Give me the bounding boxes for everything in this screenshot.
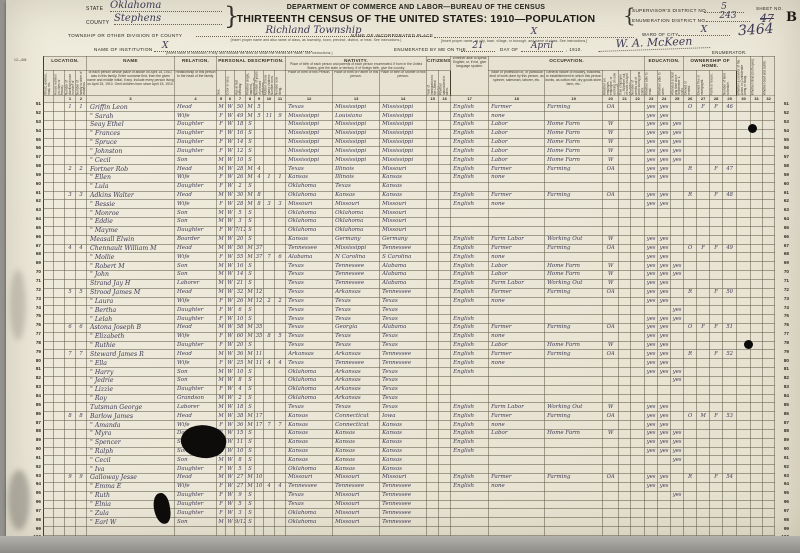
cell-cls — [603, 465, 619, 474]
cell-age: 28 — [235, 165, 246, 174]
table-row: 88Barlow JamesHeadMW38M17KansasConnectic… — [44, 412, 775, 421]
cell-name: " Emma E — [87, 482, 175, 491]
cell-street — [44, 244, 54, 253]
col-number-fs: 29 — [723, 96, 737, 103]
cell-bp: Texas — [286, 271, 333, 280]
cell-yrs: 4 — [255, 173, 264, 182]
cell-blind — [751, 447, 763, 456]
cell-deaf — [763, 103, 775, 112]
cell-mb: Missouri — [380, 474, 427, 483]
cell-color: W — [226, 200, 235, 209]
cell-sch: yes — [671, 262, 684, 271]
table-row: " EddieSonMW3SOklahomaOklahomaMissouri — [44, 218, 775, 227]
cell-sex: M — [217, 235, 226, 244]
cell-farm — [710, 421, 723, 430]
cell-mort — [697, 429, 710, 438]
cell-cb: 3 — [264, 200, 275, 209]
enumerated-label: Enumerated by me on the — [394, 47, 466, 52]
cell-fb: Texas — [333, 341, 380, 350]
cell-house — [54, 438, 65, 447]
cell-street — [44, 385, 54, 394]
cell-mort — [697, 288, 710, 297]
cell-imm — [427, 350, 439, 359]
cell-ow1 — [619, 518, 631, 527]
cell-nat — [439, 103, 451, 112]
cell-cls — [603, 421, 619, 430]
cell-ow1 — [619, 226, 631, 235]
cell-bp: Oklahoma — [286, 394, 333, 403]
cell-ind — [545, 500, 603, 509]
cell-mb: Tennessee — [380, 509, 427, 518]
cell-bp: Mississippi — [286, 129, 333, 138]
cell-imm — [427, 226, 439, 235]
cell-age: 16 — [235, 129, 246, 138]
cell-imm — [427, 182, 439, 191]
cell-mort — [697, 518, 710, 527]
cell-ind: Farming — [545, 244, 603, 253]
cell-mar: S — [246, 491, 255, 500]
cell-sex: F — [217, 200, 226, 209]
cell-fb: Connecticut — [333, 421, 380, 430]
cell-color: W — [226, 376, 235, 385]
cell-home — [684, 306, 697, 315]
cell-blind — [751, 518, 763, 527]
cell-ind: Working Out — [545, 279, 603, 288]
cell-cb — [264, 279, 275, 288]
cell-ow2 — [631, 112, 645, 121]
cell-imm — [427, 306, 439, 315]
cell-bp: Kansas — [286, 412, 333, 421]
cell-dw — [65, 297, 76, 306]
cell-sch: yes — [671, 438, 684, 447]
cell-deaf — [763, 447, 775, 456]
cell-ow2 — [631, 103, 645, 112]
cell-farm — [710, 262, 723, 271]
cell-sch: yes — [671, 156, 684, 165]
cell-rel: Head — [175, 412, 217, 421]
cell-eng: English — [451, 112, 489, 121]
cell-blind — [751, 112, 763, 121]
cell-age: 5 — [235, 209, 246, 218]
cell-ow1 — [619, 500, 631, 509]
cell-eng: English — [451, 332, 489, 341]
cell-imm — [427, 120, 439, 129]
cell-deaf — [763, 385, 775, 394]
cell-dw: 9 — [65, 474, 76, 483]
cell-nat — [439, 500, 451, 509]
cell-dw — [65, 368, 76, 377]
line-number: 88 — [29, 427, 41, 436]
cell-mort — [697, 359, 710, 368]
cell-home: O — [684, 244, 697, 253]
cell-fam — [76, 306, 87, 315]
cell-imm — [427, 235, 439, 244]
cell-fam: 7 — [76, 350, 87, 359]
cell-house — [54, 509, 65, 518]
cell-yrs — [255, 500, 264, 509]
cell-bp: Missouri — [286, 200, 333, 209]
cell-fs — [723, 491, 737, 500]
cell-fam — [76, 429, 87, 438]
cell-surv — [737, 182, 751, 191]
cell-cls — [603, 112, 619, 121]
cell-farm: F — [710, 244, 723, 253]
cell-mb: Missouri — [380, 200, 427, 209]
cell-mort: F — [697, 324, 710, 333]
col-number-rel: 4 — [175, 96, 217, 103]
line-number: 95 — [777, 489, 789, 498]
cell-fs: 48 — [723, 191, 737, 200]
cell-imm — [427, 156, 439, 165]
cell-home — [684, 429, 697, 438]
cell-read: yes — [645, 429, 658, 438]
cell-sch — [671, 235, 684, 244]
cell-cl: 2 — [275, 297, 286, 306]
cell-sex: M — [217, 271, 226, 280]
table-row: " LulaDaughterFW2SOklahomaTexasKansas — [44, 182, 775, 191]
cell-age — [235, 527, 246, 536]
cell-cl — [275, 156, 286, 165]
cell-house — [54, 156, 65, 165]
cell-rel: Daughter — [175, 147, 217, 156]
cell-home — [684, 315, 697, 324]
cell-bp: Texas — [286, 341, 333, 350]
cell-farm — [710, 332, 723, 341]
cell-fb: Tennessee — [333, 359, 380, 368]
cell-bp: Oklahoma — [286, 226, 333, 235]
cell-ind: Farming — [545, 412, 603, 421]
cell-ow1 — [619, 129, 631, 138]
cell-fs — [723, 518, 737, 527]
cell-mb: Mississippi — [380, 129, 427, 138]
cell-age: 10 — [235, 447, 246, 456]
cell-cl — [275, 244, 286, 253]
col-header-cb: Mother of how many children: Number born… — [264, 71, 275, 96]
cell-sex: F — [217, 341, 226, 350]
cell-cl — [275, 103, 286, 112]
cell-farm — [710, 359, 723, 368]
cell-nat — [439, 156, 451, 165]
cell-sch — [671, 218, 684, 227]
cell-dw — [65, 385, 76, 394]
cell-street — [44, 262, 54, 271]
cell-occ — [489, 465, 545, 474]
cell-mb: Kansas — [380, 421, 427, 430]
cell-mort — [697, 421, 710, 430]
cell-occ — [489, 376, 545, 385]
cell-write: yes — [658, 244, 671, 253]
cell-age: 56 — [235, 244, 246, 253]
cell-house — [54, 403, 65, 412]
line-number: 79 — [29, 348, 41, 357]
cell-sex: M — [217, 403, 226, 412]
cell-mort — [697, 279, 710, 288]
line-number: 56 — [29, 144, 41, 153]
cell-mort — [697, 120, 710, 129]
cell-yrs: 17 — [255, 421, 264, 430]
table-row: " ZulaDaughterFW3SOklahomaMissouriTennes… — [44, 509, 775, 518]
cell-name: " Iva — [87, 465, 175, 474]
cell-home — [684, 500, 697, 509]
cell-cb — [264, 509, 275, 518]
cell-eng: English — [451, 315, 489, 324]
cell-write: yes — [658, 332, 671, 341]
cell-ow1 — [619, 403, 631, 412]
cell-name: Astona Joseph B — [87, 324, 175, 333]
cell-fb: Missouri — [333, 509, 380, 518]
cell-fb: Missouri — [333, 474, 380, 483]
cell-cls: W — [603, 429, 619, 438]
cell-mar: S — [246, 447, 255, 456]
cell-cl: 7 — [275, 421, 286, 430]
cell-dw: 3 — [65, 191, 76, 200]
cell-blind — [751, 491, 763, 500]
cell-fam — [76, 156, 87, 165]
cell-mar: M — [246, 332, 255, 341]
line-number: 85 — [777, 401, 789, 410]
line-number: 92 — [777, 463, 789, 472]
cell-ow2 — [631, 509, 645, 518]
cell-occ — [489, 306, 545, 315]
cell-mb: Missouri — [380, 226, 427, 235]
cell-color: W — [226, 456, 235, 465]
cell-sex: F — [217, 112, 226, 121]
cell-cb — [264, 518, 275, 527]
cell-ow1 — [619, 385, 631, 394]
sheet-label: Sheet No. — [756, 6, 783, 11]
cell-ow1 — [619, 509, 631, 518]
cell-eng — [451, 306, 489, 315]
cell-mb: Texas — [380, 376, 427, 385]
cell-cb: 4 — [264, 482, 275, 491]
cell-sch — [671, 112, 684, 121]
cell-fb: Texas — [333, 306, 380, 315]
cell-dw — [65, 147, 76, 156]
cell-name: Galloway Jesse — [87, 474, 175, 483]
cell-fam — [76, 482, 87, 491]
cell-farm — [710, 527, 723, 536]
cell-bp: Kansas — [286, 447, 333, 456]
cell-fs — [723, 500, 737, 509]
cell-cb — [264, 103, 275, 112]
cell-ow1 — [619, 191, 631, 200]
line-number: 55 — [29, 135, 41, 144]
cell-imm — [427, 509, 439, 518]
table-row: " BessieWifeFW28M833MissouriMissouriMiss… — [44, 200, 775, 209]
cell-blind — [751, 385, 763, 394]
cell-write: yes — [658, 324, 671, 333]
cell-age: 9/12 — [235, 518, 246, 527]
cell-age: 28 — [235, 200, 246, 209]
cell-ind — [545, 315, 603, 324]
cell-nat — [439, 138, 451, 147]
cell-color: W — [226, 279, 235, 288]
cell-sch — [671, 173, 684, 182]
cell-sch — [671, 474, 684, 483]
cell-dw — [65, 421, 76, 430]
cell-imm — [427, 279, 439, 288]
cell-cls — [603, 438, 619, 447]
cell-ind: Working Out — [545, 403, 603, 412]
cell-farm — [710, 376, 723, 385]
cell-street — [44, 394, 54, 403]
cell-fs — [723, 385, 737, 394]
cell-fb: Mississippi — [333, 103, 380, 112]
cell-ind: Farming — [545, 191, 603, 200]
cell-cls — [603, 368, 619, 377]
cell-farm: F — [710, 324, 723, 333]
cell-yrs — [255, 182, 264, 191]
cell-read: yes — [645, 173, 658, 182]
cell-fb — [333, 527, 380, 536]
cell-eng — [451, 518, 489, 527]
cell-cb — [264, 465, 275, 474]
cell-cls — [603, 482, 619, 491]
cell-cl — [275, 376, 286, 385]
cell-surv — [737, 403, 751, 412]
cell-name: Barlow James — [87, 412, 175, 421]
line-number: 65 — [29, 224, 41, 233]
cell-bp: Texas — [286, 324, 333, 333]
cell-cb — [264, 191, 275, 200]
cell-read: yes — [645, 324, 658, 333]
cell-cls: OA — [603, 244, 619, 253]
cell-sch: yes — [671, 147, 684, 156]
cell-name: " Cecil — [87, 156, 175, 165]
cell-street — [44, 350, 54, 359]
cell-ow2 — [631, 120, 645, 129]
cell-home — [684, 403, 697, 412]
cell-cb — [264, 376, 275, 385]
cell-eng: English — [451, 341, 489, 350]
cell-nat — [439, 332, 451, 341]
institution-note: [Insert name of institution, if any, and… — [166, 51, 333, 55]
cell-cls: W — [603, 156, 619, 165]
cell-yrs — [255, 306, 264, 315]
cell-mar: M — [246, 244, 255, 253]
cell-home — [684, 218, 697, 227]
cell-nat — [439, 112, 451, 121]
cell-sex: F — [217, 385, 226, 394]
cell-fb: Texas — [333, 182, 380, 191]
cell-age: 36 — [235, 350, 246, 359]
cell-imm — [427, 482, 439, 491]
cell-home — [684, 376, 697, 385]
cell-surv — [737, 271, 751, 280]
cell-home — [684, 129, 697, 138]
cell-ow2 — [631, 271, 645, 280]
line-number: 55 — [777, 135, 789, 144]
cell-fam — [76, 465, 87, 474]
col-header-home: Owned or rented. — [684, 71, 697, 96]
cell-cl — [275, 262, 286, 271]
cell-house — [54, 332, 65, 341]
cell-surv — [737, 421, 751, 430]
cell-blind — [751, 429, 763, 438]
cell-fs — [723, 315, 737, 324]
cell-cls: OA — [603, 350, 619, 359]
cell-eng: English — [451, 368, 489, 377]
cell-occ: Labor — [489, 147, 545, 156]
cell-color: W — [226, 129, 235, 138]
cell-deaf — [763, 368, 775, 377]
cell-fs — [723, 226, 737, 235]
cell-street — [44, 332, 54, 341]
cell-read: yes — [645, 279, 658, 288]
cell-ow1 — [619, 103, 631, 112]
cell-mort — [697, 394, 710, 403]
cell-deaf — [763, 209, 775, 218]
cell-cls: OA — [603, 165, 619, 174]
cell-sch — [671, 103, 684, 112]
cell-read — [645, 376, 658, 385]
cell-home — [684, 509, 697, 518]
cell-street — [44, 165, 54, 174]
cell-dw — [65, 253, 76, 262]
cell-dw — [65, 235, 76, 244]
cell-cb — [264, 120, 275, 129]
cell-cl — [275, 209, 286, 218]
cell-color: W — [226, 297, 235, 306]
cell-ow2 — [631, 403, 645, 412]
cell-ind: Home Farm — [545, 429, 603, 438]
cell-write: yes — [658, 112, 671, 121]
col-header-nat: Whether naturalized or alien. — [439, 71, 451, 96]
cell-house — [54, 191, 65, 200]
cell-home — [684, 147, 697, 156]
cell-fs — [723, 138, 737, 147]
cell-dw: 6 — [65, 324, 76, 333]
line-number: 87 — [777, 418, 789, 427]
cell-fam: 3 — [76, 191, 87, 200]
line-number: 96 — [29, 498, 41, 507]
enumerated-day: 21 — [461, 41, 495, 52]
cell-ow2 — [631, 209, 645, 218]
cell-cls — [603, 359, 619, 368]
cell-nat — [439, 271, 451, 280]
cell-home — [684, 456, 697, 465]
line-number: 96 — [777, 498, 789, 507]
cell-mort — [697, 376, 710, 385]
cell-eng — [451, 465, 489, 474]
cell-mb: Texas — [380, 368, 427, 377]
cell-fs: 46 — [723, 103, 737, 112]
cell-sex: F — [217, 173, 226, 182]
cell-cls — [603, 218, 619, 227]
cell-cl — [275, 279, 286, 288]
cell-rel: Head — [175, 474, 217, 483]
line-number: 64 — [777, 215, 789, 224]
line-number: 80 — [29, 356, 41, 365]
cell-street — [44, 129, 54, 138]
cell-home — [684, 253, 697, 262]
line-number: 72 — [29, 286, 41, 295]
cell-sch — [671, 403, 684, 412]
cell-rel: Wife — [175, 359, 217, 368]
line-number: 62 — [777, 197, 789, 206]
cell-imm — [427, 456, 439, 465]
scanned-census-page: State Oklahoma County Stephens } Townshi… — [0, 0, 800, 553]
cell-color: W — [226, 412, 235, 421]
cell-street — [44, 359, 54, 368]
cell-mort — [697, 306, 710, 315]
cell-mort — [697, 262, 710, 271]
cell-farm: F — [710, 350, 723, 359]
cell-nat — [439, 456, 451, 465]
cell-sex: F — [217, 120, 226, 129]
cell-house — [54, 244, 65, 253]
cell-deaf — [763, 244, 775, 253]
